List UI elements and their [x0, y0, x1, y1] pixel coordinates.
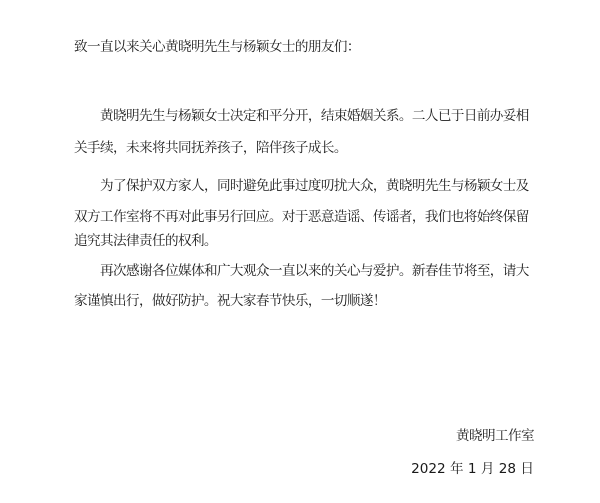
- paragraph-line: 家谨慎出行，做好防护。祝大家春节快乐，一切顺遂！: [74, 292, 386, 310]
- paragraph-line: 黄晓明先生与杨颖女士决定和平分开，结束婚姻关系。二人已于日前办妥相: [100, 107, 529, 125]
- paragraph-line: 再次感谢各位媒体和广大观众一直以来的关心与爱护。新春佳节将至，请大: [100, 262, 529, 280]
- date: 2022 年 1 月 28 日: [411, 460, 534, 478]
- paragraph-line: 为了保护双方家人，同时避免此事过度叨扰大众，黄晓明先生与杨颖女士及: [100, 177, 529, 195]
- paragraph-line: 追究其法律责任的权利。: [74, 232, 217, 250]
- paragraph-line: 双方工作室将不再对此事另行回应。对于恶意造谣、传谣者，我们也将始终保留: [74, 208, 529, 226]
- signature: 黄晓明工作室: [456, 427, 534, 445]
- salutation: 致一直以来关心黄晓明先生与杨颖女士的朋友们：: [74, 38, 360, 56]
- paragraph-line: 关手续，未来将共同抚养孩子，陪伴孩子成长。: [74, 139, 347, 157]
